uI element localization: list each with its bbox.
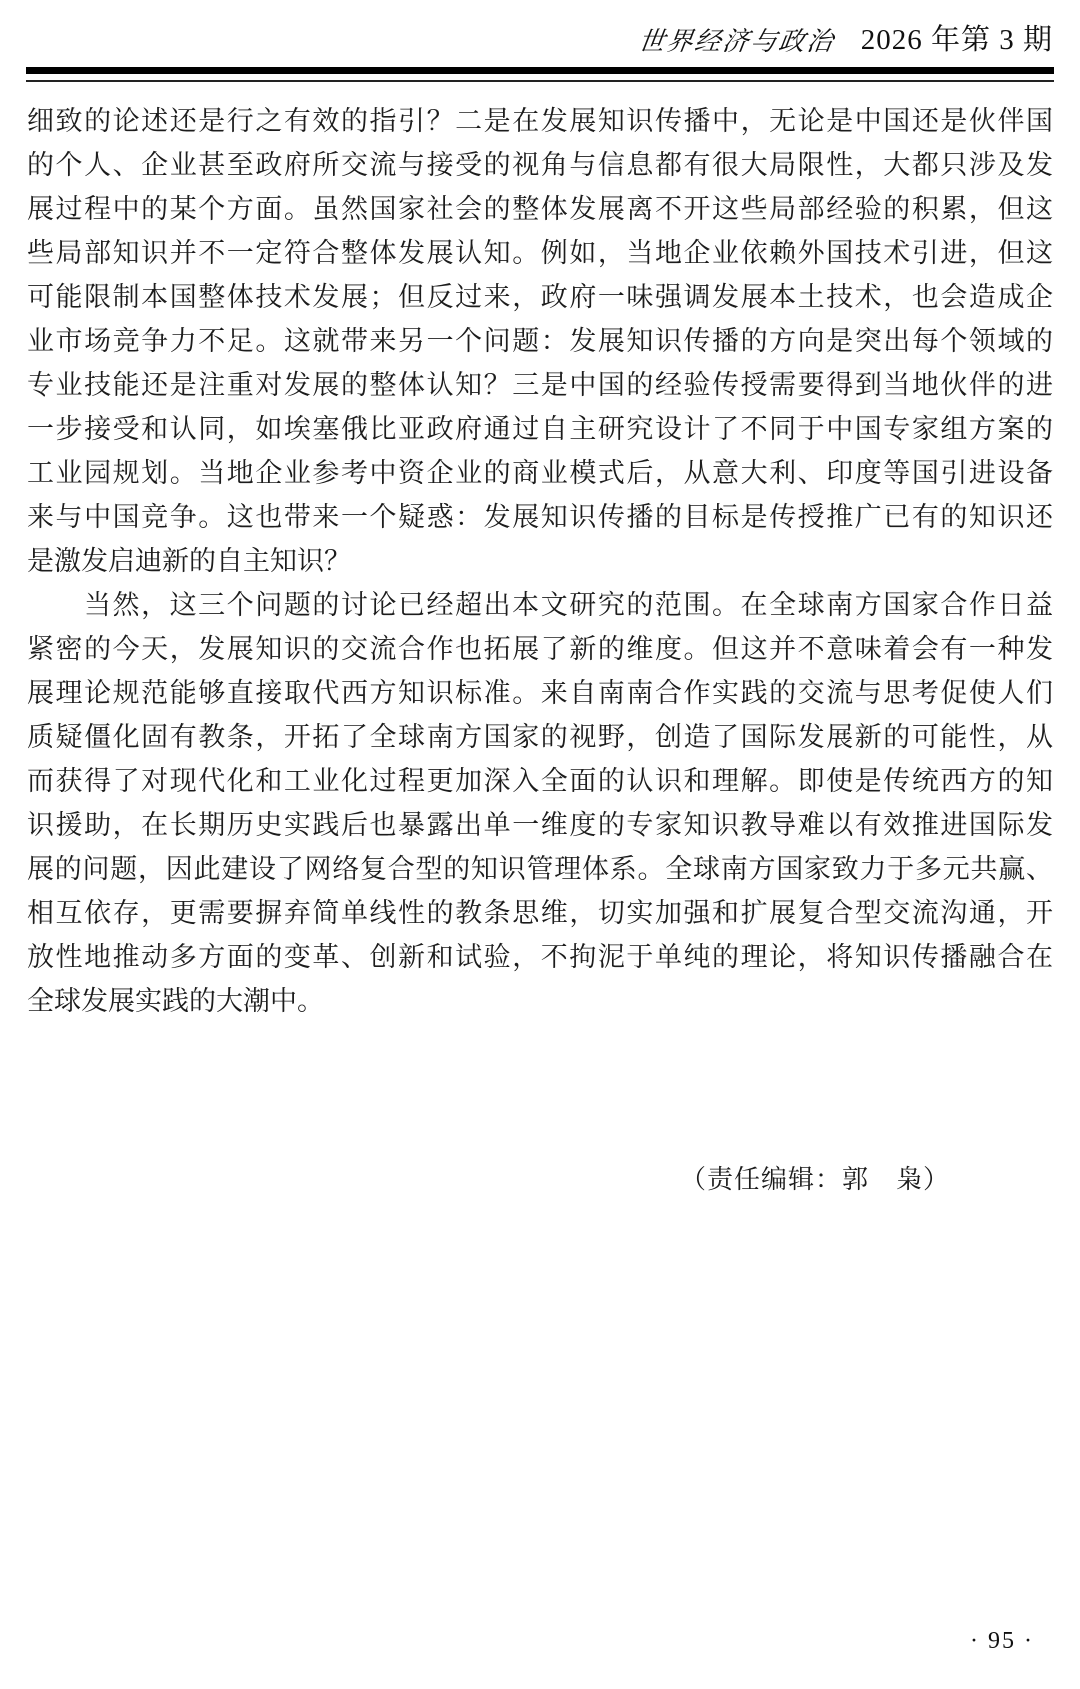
- text-line: 来与中国竞争。这也带来一个疑惑：发展知识传播的目标是传授推广已有的知识还: [27, 496, 1053, 540]
- text-line: 的个人、企业甚至政府所交流与接受的视角与信息都有很大局限性，大都只涉及发: [27, 144, 1053, 188]
- text-line: 相互依存，更需要摒弃简单线性的教条思维，切实加强和扩展复合型交流沟通，开: [27, 892, 1053, 936]
- text-line: 可能限制本国整体技术发展；但反过来，政府一味强调发展本土技术，也会造成企: [27, 276, 1053, 320]
- text-line: 是激发启迪新的自主知识？: [27, 540, 1053, 584]
- text-line: 专业技能还是注重对发展的整体认知？三是中国的经验传授需要得到当地伙伴的进: [27, 364, 1053, 408]
- running-head: 世界经济与政治 2026 年第 3 期: [639, 18, 1053, 58]
- paragraph: 当然，这三个问题的讨论已经超出本文研究的范围。在全球南方国家合作日益 紧密的今天…: [27, 584, 1053, 1024]
- text-line: 识援助，在长期历史实践后也暴露出单一维度的专家知识教导难以有效推进国际发: [27, 804, 1053, 848]
- text-line: 展理论规范能够直接取代西方知识标准。来自南南合作实践的交流与思考促使人们: [27, 672, 1053, 716]
- header-rule-thick: [26, 67, 1054, 74]
- text-line: 质疑僵化固有教条，开拓了全球南方国家的视野，创造了国际发展新的可能性，从: [27, 716, 1053, 760]
- text-line: 当然，这三个问题的讨论已经超出本文研究的范围。在全球南方国家合作日益: [27, 584, 1053, 628]
- text-line: 细致的论述还是行之有效的指引？二是在发展知识传播中，无论是中国还是伙伴国: [27, 100, 1053, 144]
- editor-note: （责任编辑：郭 枭）: [680, 1160, 1000, 1200]
- journal-name: 世界经济与政治: [636, 21, 837, 58]
- text-line: 紧密的今天，发展知识的交流合作也拓展了新的维度。但这并不意味着会有一种发: [27, 628, 1053, 672]
- header-rule-thin: [26, 80, 1054, 82]
- body-text: 细致的论述还是行之有效的指引？二是在发展知识传播中，无论是中国还是伙伴国 的个人…: [27, 100, 1053, 1024]
- text-line: 全球发展实践的大潮中。: [27, 980, 1053, 1024]
- text-line: 业市场竞争力不足。这就带来另一个问题：发展知识传播的方向是突出每个领域的: [27, 320, 1053, 364]
- text-line: 放性地推动多方面的变革、创新和试验，不拘泥于单纯的理论，将知识传播融合在: [27, 936, 1053, 980]
- issue-number: 2026 年第 3 期: [861, 17, 1053, 58]
- page-number: · 95 ·: [970, 1628, 1034, 1655]
- text-line: 些局部知识并不一定符合整体发展认知。例如，当地企业依赖外国技术引进，但这: [27, 232, 1053, 276]
- text-line: 而获得了对现代化和工业化过程更加深入全面的认识和理解。即使是传统西方的知: [27, 760, 1053, 804]
- text-line: 展过程中的某个方面。虽然国家社会的整体发展离不开这些局部经验的积累，但这: [27, 188, 1053, 232]
- paragraph: 细致的论述还是行之有效的指引？二是在发展知识传播中，无论是中国还是伙伴国 的个人…: [27, 100, 1053, 584]
- text-line: 一步接受和认同，如埃塞俄比亚政府通过自主研究设计了不同于中国专家组方案的: [27, 408, 1053, 452]
- text-line: 展的问题，因此建设了网络复合型的知识管理体系。全球南方国家致力于多元共赢、: [27, 848, 1053, 892]
- text-line: 工业园规划。当地企业参考中资企业的商业模式后，从意大利、印度等国引进设备: [27, 452, 1053, 496]
